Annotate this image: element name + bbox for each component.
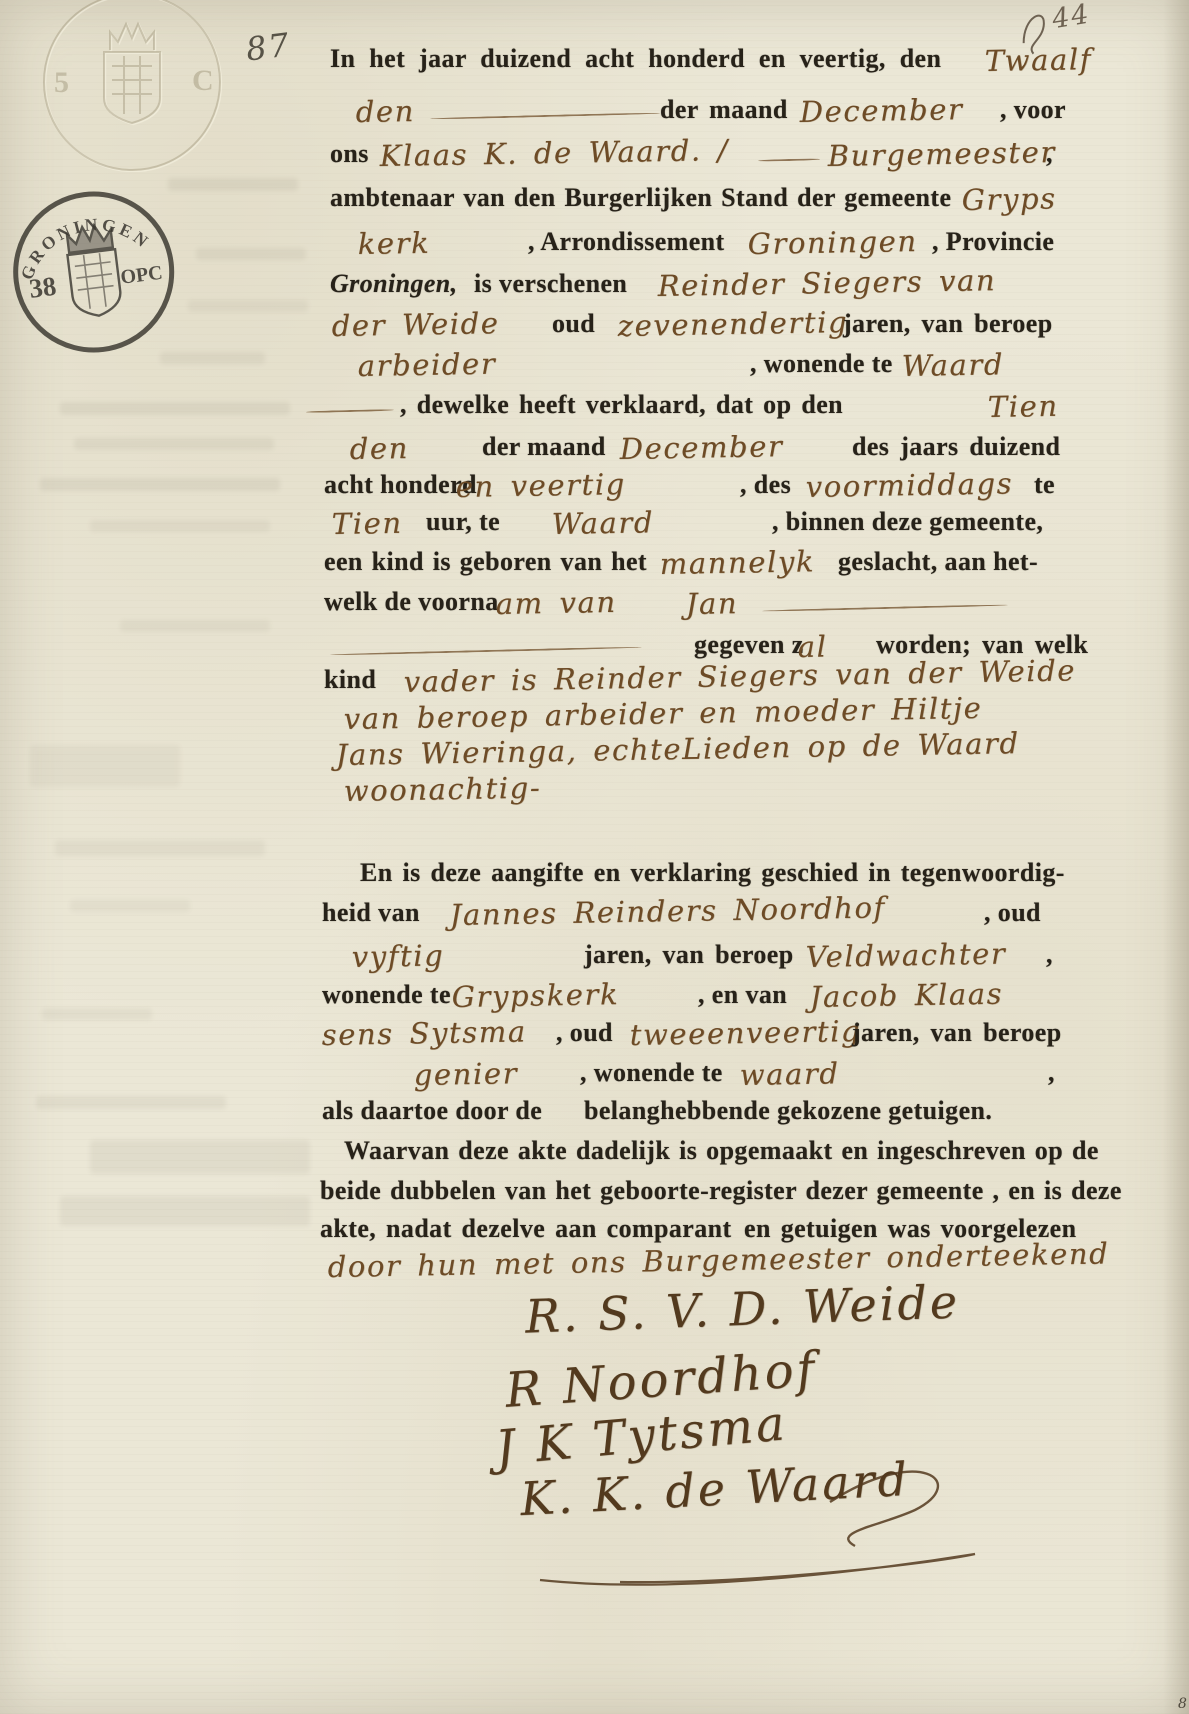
handwritten-entry: Veldwachter <box>805 937 1006 974</box>
document-line: welk de voornaam vanJan <box>0 587 1189 631</box>
printed-text: , des <box>740 470 791 500</box>
handwritten-entry: Waard <box>901 347 1004 383</box>
printed-text: , <box>1048 1058 1055 1088</box>
handwritten-entry: arbeider <box>357 347 496 383</box>
document-line: Tienuur, teWaard, binnen deze gemeente, <box>0 507 1189 551</box>
printed-text: , binnen deze gemeente, <box>772 507 1043 537</box>
printed-text: , oud <box>984 898 1041 928</box>
handwritten-stroke <box>330 646 642 656</box>
document-line: dender maandDecember, voor <box>0 95 1189 139</box>
handwritten-stroke <box>430 112 660 120</box>
handwritten-entry: Waard <box>551 505 654 541</box>
printed-text: als daartoe door de <box>322 1096 542 1126</box>
document-line: heid vanJannes Reinders Noordhof, oud <box>0 898 1189 942</box>
handwritten-entry: Jan <box>685 586 738 621</box>
document-line: der Weideoudzevenendertigjaren, van bero… <box>0 309 1189 353</box>
printed-text: belanghebbende gekozene getuigen. <box>584 1096 992 1126</box>
printed-text: een kind is geboren van het <box>324 547 647 577</box>
document-line: sens Sytsma, oudtweeenveertigjaren, van … <box>0 1018 1189 1062</box>
printed-text: is verschenen <box>474 269 627 299</box>
handwritten-entry: Klaas K. de Waard. / <box>379 133 729 173</box>
printed-text: , oud <box>556 1018 613 1048</box>
printed-text: des jaars duizend <box>852 432 1060 462</box>
handwritten-entry: vyftig <box>351 938 444 974</box>
bottom-corner-mark: 8 <box>1178 1696 1187 1712</box>
printed-text: wonende te <box>322 980 451 1010</box>
printed-text: , Arrondissement <box>528 227 725 257</box>
signature-flourish-icon <box>500 1462 1020 1607</box>
handwritten-entry: Reinder Siegers van <box>657 263 996 303</box>
handwritten-entry: Burgemeester <box>827 135 1056 173</box>
document-line: kerk, ArrondissementGroningen, Provincie <box>0 227 1189 271</box>
handwritten-entry: Jacob Klaas <box>809 977 1003 1014</box>
document-line: Groningen,is verschenenReinder Siegers v… <box>0 269 1189 313</box>
printed-text: Waarvan deze akte dadelijk is opgemaakt … <box>344 1136 1099 1166</box>
handwritten-entry: kerk <box>357 226 430 261</box>
printed-text: , Provincie <box>932 227 1054 257</box>
handwritten-entry: en veertig <box>455 467 626 504</box>
handwritten-entry: den <box>349 431 409 466</box>
printed-text: Groningen, <box>330 269 458 299</box>
printed-text: , wonende te <box>580 1058 723 1088</box>
handwritten-entry: Tien <box>331 506 402 541</box>
handwritten-entry: tweeenveertig <box>629 1014 861 1052</box>
handwritten-entry: Jannes Reinders Noordhof <box>449 890 886 932</box>
document-line: Waarvan deze akte dadelijk is opgemaakt … <box>0 1136 1189 1180</box>
printed-text: jaren, van beroep <box>852 1018 1062 1048</box>
printed-text: acht honderd <box>324 470 477 500</box>
printed-text: , en van <box>698 980 787 1010</box>
handwritten-entry: der Weide <box>331 306 499 343</box>
handwritten-stroke <box>306 409 394 413</box>
printed-text: beide dubbelen van het geboorte-register… <box>320 1176 1122 1206</box>
handwritten-entry: December <box>799 92 963 129</box>
handwritten-entry: Groningen <box>747 224 917 261</box>
document-line: onsKlaas K. de Waard. /Burgemeester, <box>0 139 1189 183</box>
handwritten-entry: Grypskerk <box>451 977 619 1014</box>
birth-certificate-page: 5 C GRONINGEN 38 OPC 87 44 <box>0 0 1189 1714</box>
handwritten-entry: den <box>355 94 415 129</box>
handwritten-entry: genier <box>413 1056 518 1092</box>
printed-text: der maand <box>660 95 788 125</box>
printed-text: , dewelke heeft verklaard, dat op den <box>400 390 843 420</box>
printed-text: jaren, van beroep <box>843 309 1053 339</box>
handwritten-entry: woonachtig- <box>343 771 541 808</box>
printed-text: gegeven z <box>694 630 804 660</box>
printed-text: In het jaar duizend acht honderd en veer… <box>330 44 941 74</box>
printed-text: akte, nadat dezelve aan comparant <box>320 1214 732 1244</box>
handwritten-entry: December <box>619 429 783 466</box>
printed-text: te <box>1034 470 1055 500</box>
document-line: , dewelke heeft verklaard, dat op denTie… <box>0 390 1189 434</box>
printed-text: , <box>1046 940 1053 970</box>
document-line: ambtenaar van den Burgerlijken Stand der… <box>0 183 1189 227</box>
handwritten-entry: voormiddags <box>805 466 1013 504</box>
printed-text: kind <box>324 665 376 695</box>
printed-text: ambtenaar van den Burgerlijken Stand der… <box>330 183 951 213</box>
handwritten-entry: sens Sytsma <box>321 1014 527 1052</box>
printed-text: , voor <box>1000 95 1066 125</box>
printed-text: , <box>1046 139 1053 169</box>
handwritten-entry: Tien <box>987 389 1058 424</box>
handwritten-entry: Twaalf <box>984 42 1092 78</box>
handwritten-entry: Gryps <box>961 181 1056 217</box>
handwritten-stroke <box>758 158 820 162</box>
handwritten-entry: waard <box>739 1056 839 1092</box>
printed-text: geslacht, aan het- <box>838 547 1038 577</box>
document-line: arbeider, wonende teWaard <box>0 349 1189 393</box>
document-line: woonachtig- <box>0 774 1189 818</box>
printed-text: En is deze aangifte en verklaring geschi… <box>360 858 1065 888</box>
printed-text: heid van <box>322 898 420 928</box>
printed-text: , wonende te <box>750 349 893 379</box>
handwritten-entry: mannelyk <box>659 544 815 581</box>
document-line: als daartoe door debelanghebbende gekoze… <box>0 1096 1189 1140</box>
handwritten-entry: zevenendertig <box>617 305 848 343</box>
handwritten-entry: am van <box>495 585 617 621</box>
printed-text: der maand <box>482 432 606 462</box>
printed-text: ons <box>330 139 369 169</box>
printed-text: oud <box>552 309 595 339</box>
printed-text: uur, te <box>426 507 500 537</box>
printed-text: welk de voorna <box>324 587 499 617</box>
printed-text: jaren, van beroep <box>584 940 794 970</box>
handwritten-stroke <box>762 604 1008 612</box>
document-line: In het jaar duizend acht honderd en veer… <box>0 44 1189 88</box>
